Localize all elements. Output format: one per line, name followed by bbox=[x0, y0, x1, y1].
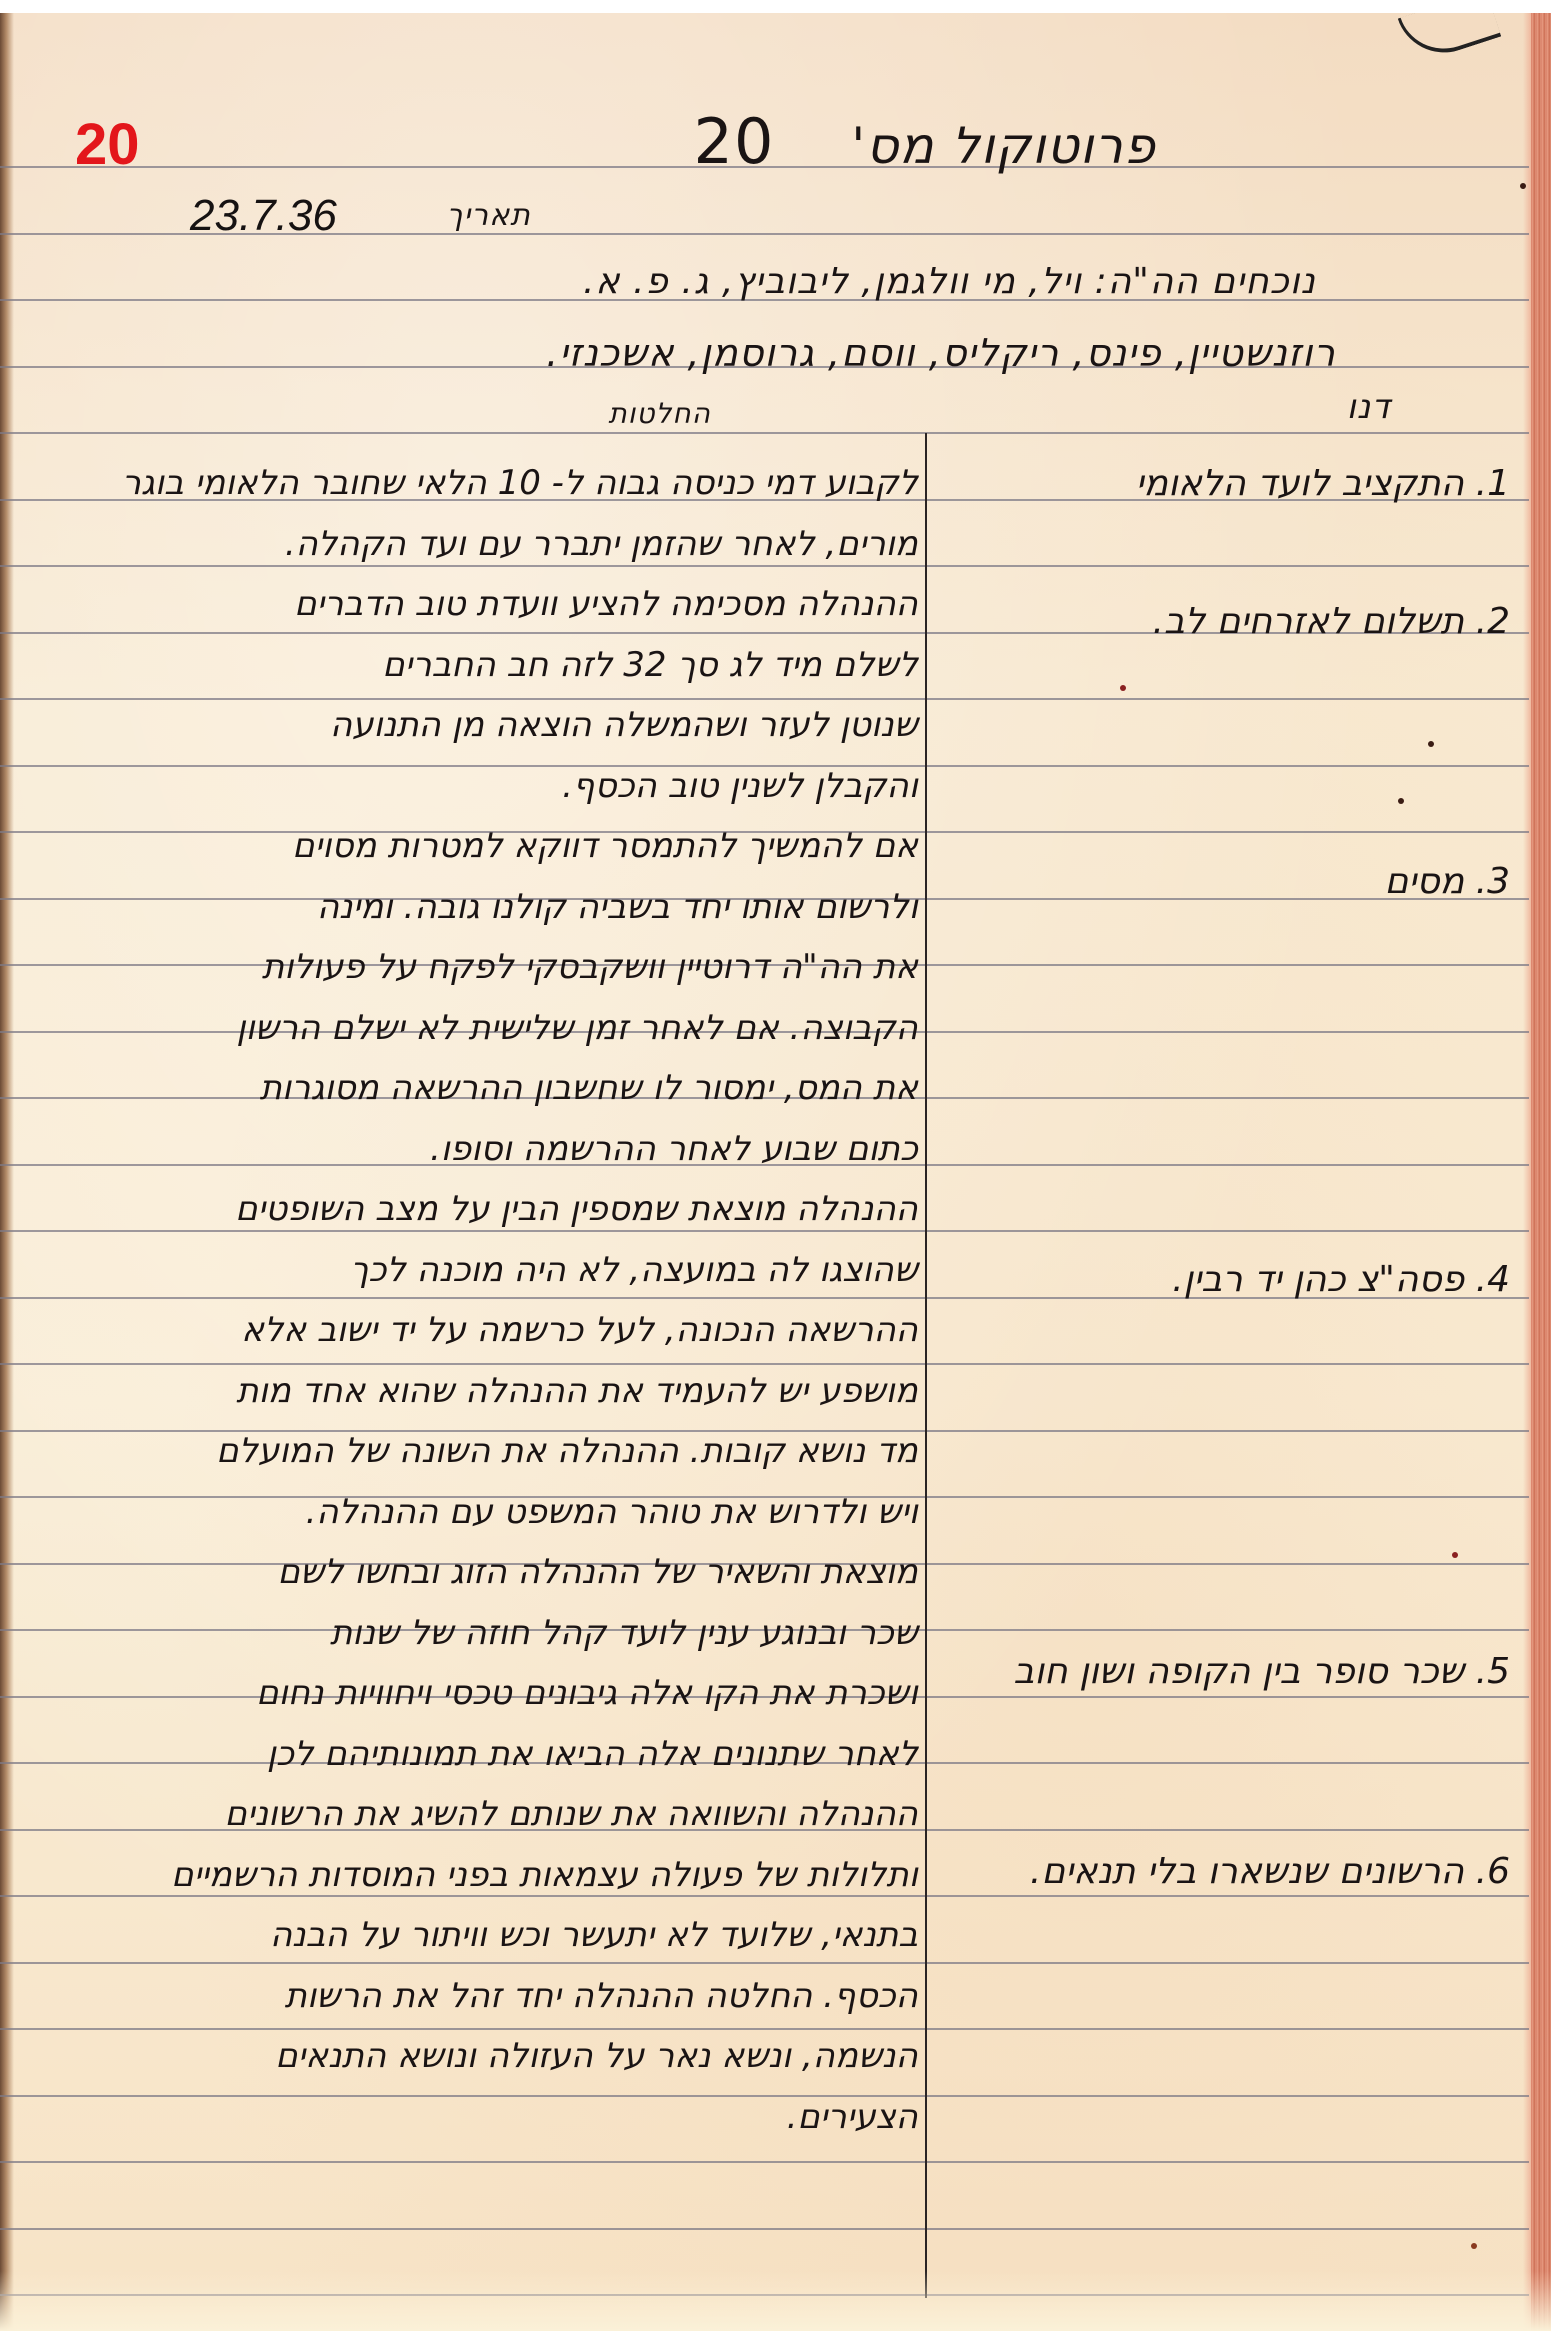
agenda-item: 2. תשלום לאזרחים לב. bbox=[1153, 601, 1511, 642]
archive-page-number: 20 bbox=[75, 111, 140, 178]
binding-shadow bbox=[0, 13, 14, 2331]
decision-text-line: מושפע יש להעמיד את ההנהלה שהוא אחד מות bbox=[236, 1371, 918, 1411]
decision-text-line: שנוטן לעזר ושהמשלה הוצאה מן התנועה bbox=[330, 705, 918, 745]
decision-text-line: ההנהלה מוצאת שמספין הבין על מצב השופטים bbox=[235, 1189, 918, 1229]
ruled-line bbox=[0, 2228, 1529, 2230]
decision-text-line: את המס, ימסור לו שחשבון ההרשאה מסוגרות bbox=[260, 1068, 918, 1108]
ink-speck bbox=[1428, 741, 1434, 747]
column-header-decisions: החלטות bbox=[608, 397, 711, 430]
decision-text-line: ההנהלה מסכימה להציע וועדת טוב הדברים bbox=[294, 584, 918, 624]
decision-text-line: בתנאי, שלועד לא יתעשר וכש וויתור על הבנה bbox=[270, 1915, 918, 1955]
ruled-line bbox=[0, 1895, 1529, 1897]
decision-text-line: שהוצגו לה במועצה, לא היה מוכנה לכך bbox=[350, 1250, 918, 1290]
ruled-line bbox=[0, 2095, 1529, 2097]
decision-text-line: לקבוע דמי כניסה גבוה ל- 10 הלאי שחובר הל… bbox=[122, 463, 918, 503]
ruled-line bbox=[0, 2161, 1529, 2163]
decision-text-line: מוצאת והשאיר של ההנהלה הזוג ובחשו לשם bbox=[278, 1552, 918, 1592]
decision-text-line: אם להמשיך להתמסר דווקא למטרות מסוים bbox=[292, 826, 918, 866]
notebook-page: 20 פרוטוקול מס' 20 23.7.36 תאריך נוכחים … bbox=[0, 13, 1551, 2331]
ink-speck bbox=[1120, 685, 1126, 691]
decision-text-line: והקבלן לשנין טוב הכסף. bbox=[562, 766, 918, 806]
title-text: פרוטוקול מס' bbox=[851, 117, 1156, 175]
decision-text-line: את הה"ה דרוטיין וושקבסקי לפקח על פעולות bbox=[262, 947, 918, 987]
decision-text-line: ההנהלה והשוואה את שנותם להשיג את הרשונים bbox=[225, 1794, 918, 1834]
attendees-line-2: רוזנשטיין, פינס, ריקליס, ווסם, גרוסמן, א… bbox=[546, 331, 1336, 375]
decision-text-line: כתום שבוע לאחר ההרשמה וסופו. bbox=[430, 1129, 918, 1169]
page-edge bbox=[1531, 13, 1551, 2331]
agenda-item: 1. התקציב לועד הלאומי bbox=[1136, 463, 1510, 504]
ruled-line bbox=[0, 565, 1529, 567]
decision-text-line: הצעירים. bbox=[787, 2097, 918, 2137]
decision-text-line: הכסף. החלטה ההנהלה יחד זהל את הרשות bbox=[285, 1976, 918, 2016]
protocol-number: 20 bbox=[694, 105, 775, 178]
page-edge-fade bbox=[1523, 13, 1531, 2331]
ink-speck bbox=[1398, 798, 1404, 804]
decision-text-line: מורים, לאחר שהזמן יתברר עם ועד הקהלה. bbox=[285, 524, 918, 564]
attendees-line-1: נוכחים הה"ה: ויל, מי וולגמן, ליבוביץ, ג.… bbox=[583, 261, 1316, 302]
column-divider bbox=[925, 433, 927, 2298]
decision-text-line: לשלם מיד לג סך 32 לזה חב החברים bbox=[382, 645, 918, 685]
meeting-date: 23.7.36 bbox=[190, 191, 337, 241]
date-label: תאריך bbox=[446, 198, 531, 233]
ink-speck bbox=[1520, 183, 1526, 189]
decision-text-line: מד נושא קובות. ההנהלה את השונה של המועלם bbox=[216, 1431, 918, 1471]
decision-text-line: שכר ובנוגע ענין לועד קהל חוזה של שנות bbox=[330, 1613, 918, 1653]
agenda-item: 5. שכר סופר בין הקופה ושון חוב bbox=[1014, 1651, 1510, 1692]
ruled-line bbox=[0, 1363, 1529, 1365]
ink-speck bbox=[1471, 2243, 1477, 2249]
column-header-discussed: דנו bbox=[1347, 387, 1391, 427]
decision-text-line: ההרשאה הנכונה, לעל כרשמה על יד ישוב אלא bbox=[241, 1310, 918, 1350]
decision-text-line: ותלולות של פעולה עצמאות בפני המוסדות הרש… bbox=[171, 1855, 918, 1895]
agenda-item: 3. מסים bbox=[1384, 861, 1510, 902]
decision-text-line: לאחר שתנונים אלה הביאו את תמונותיהם לכן bbox=[267, 1734, 918, 1774]
decision-text-line: הנשמה, ונשא נאר על העזולה ונושא התנאים bbox=[275, 2036, 918, 2076]
agenda-item: 4. פסה"צ כהן יד רבין. bbox=[1172, 1259, 1510, 1300]
ruled-line bbox=[0, 432, 1529, 434]
ruled-line bbox=[0, 2028, 1529, 2030]
agenda-item: 6. הרשונים שנשארו בלי תנאים. bbox=[1030, 1851, 1510, 1892]
corner-ink-stroke bbox=[1398, 13, 1502, 65]
decision-text-line: הקבוצה. אם לאחר זמן שלישית לא ישלם הרשון bbox=[236, 1008, 918, 1048]
decision-text-line: ושכרת את הקו אלה גיבונים טכסי ויחוויות נ… bbox=[256, 1673, 918, 1713]
ink-speck bbox=[1452, 1552, 1458, 1558]
page-bottom-fade bbox=[0, 2271, 1551, 2331]
decision-text-line: ויש ולדרוש את טוהר המשפט עם ההנהלה. bbox=[306, 1492, 918, 1532]
page-title: פרוטוקול מס' 20 bbox=[694, 105, 1157, 178]
ruled-line bbox=[0, 698, 1529, 700]
ruled-line bbox=[0, 1962, 1529, 1964]
decision-text-line: ולרשום אותו יחד בשביה קולנו גובה. ומינה bbox=[317, 887, 918, 927]
ruled-line bbox=[0, 1230, 1529, 1232]
